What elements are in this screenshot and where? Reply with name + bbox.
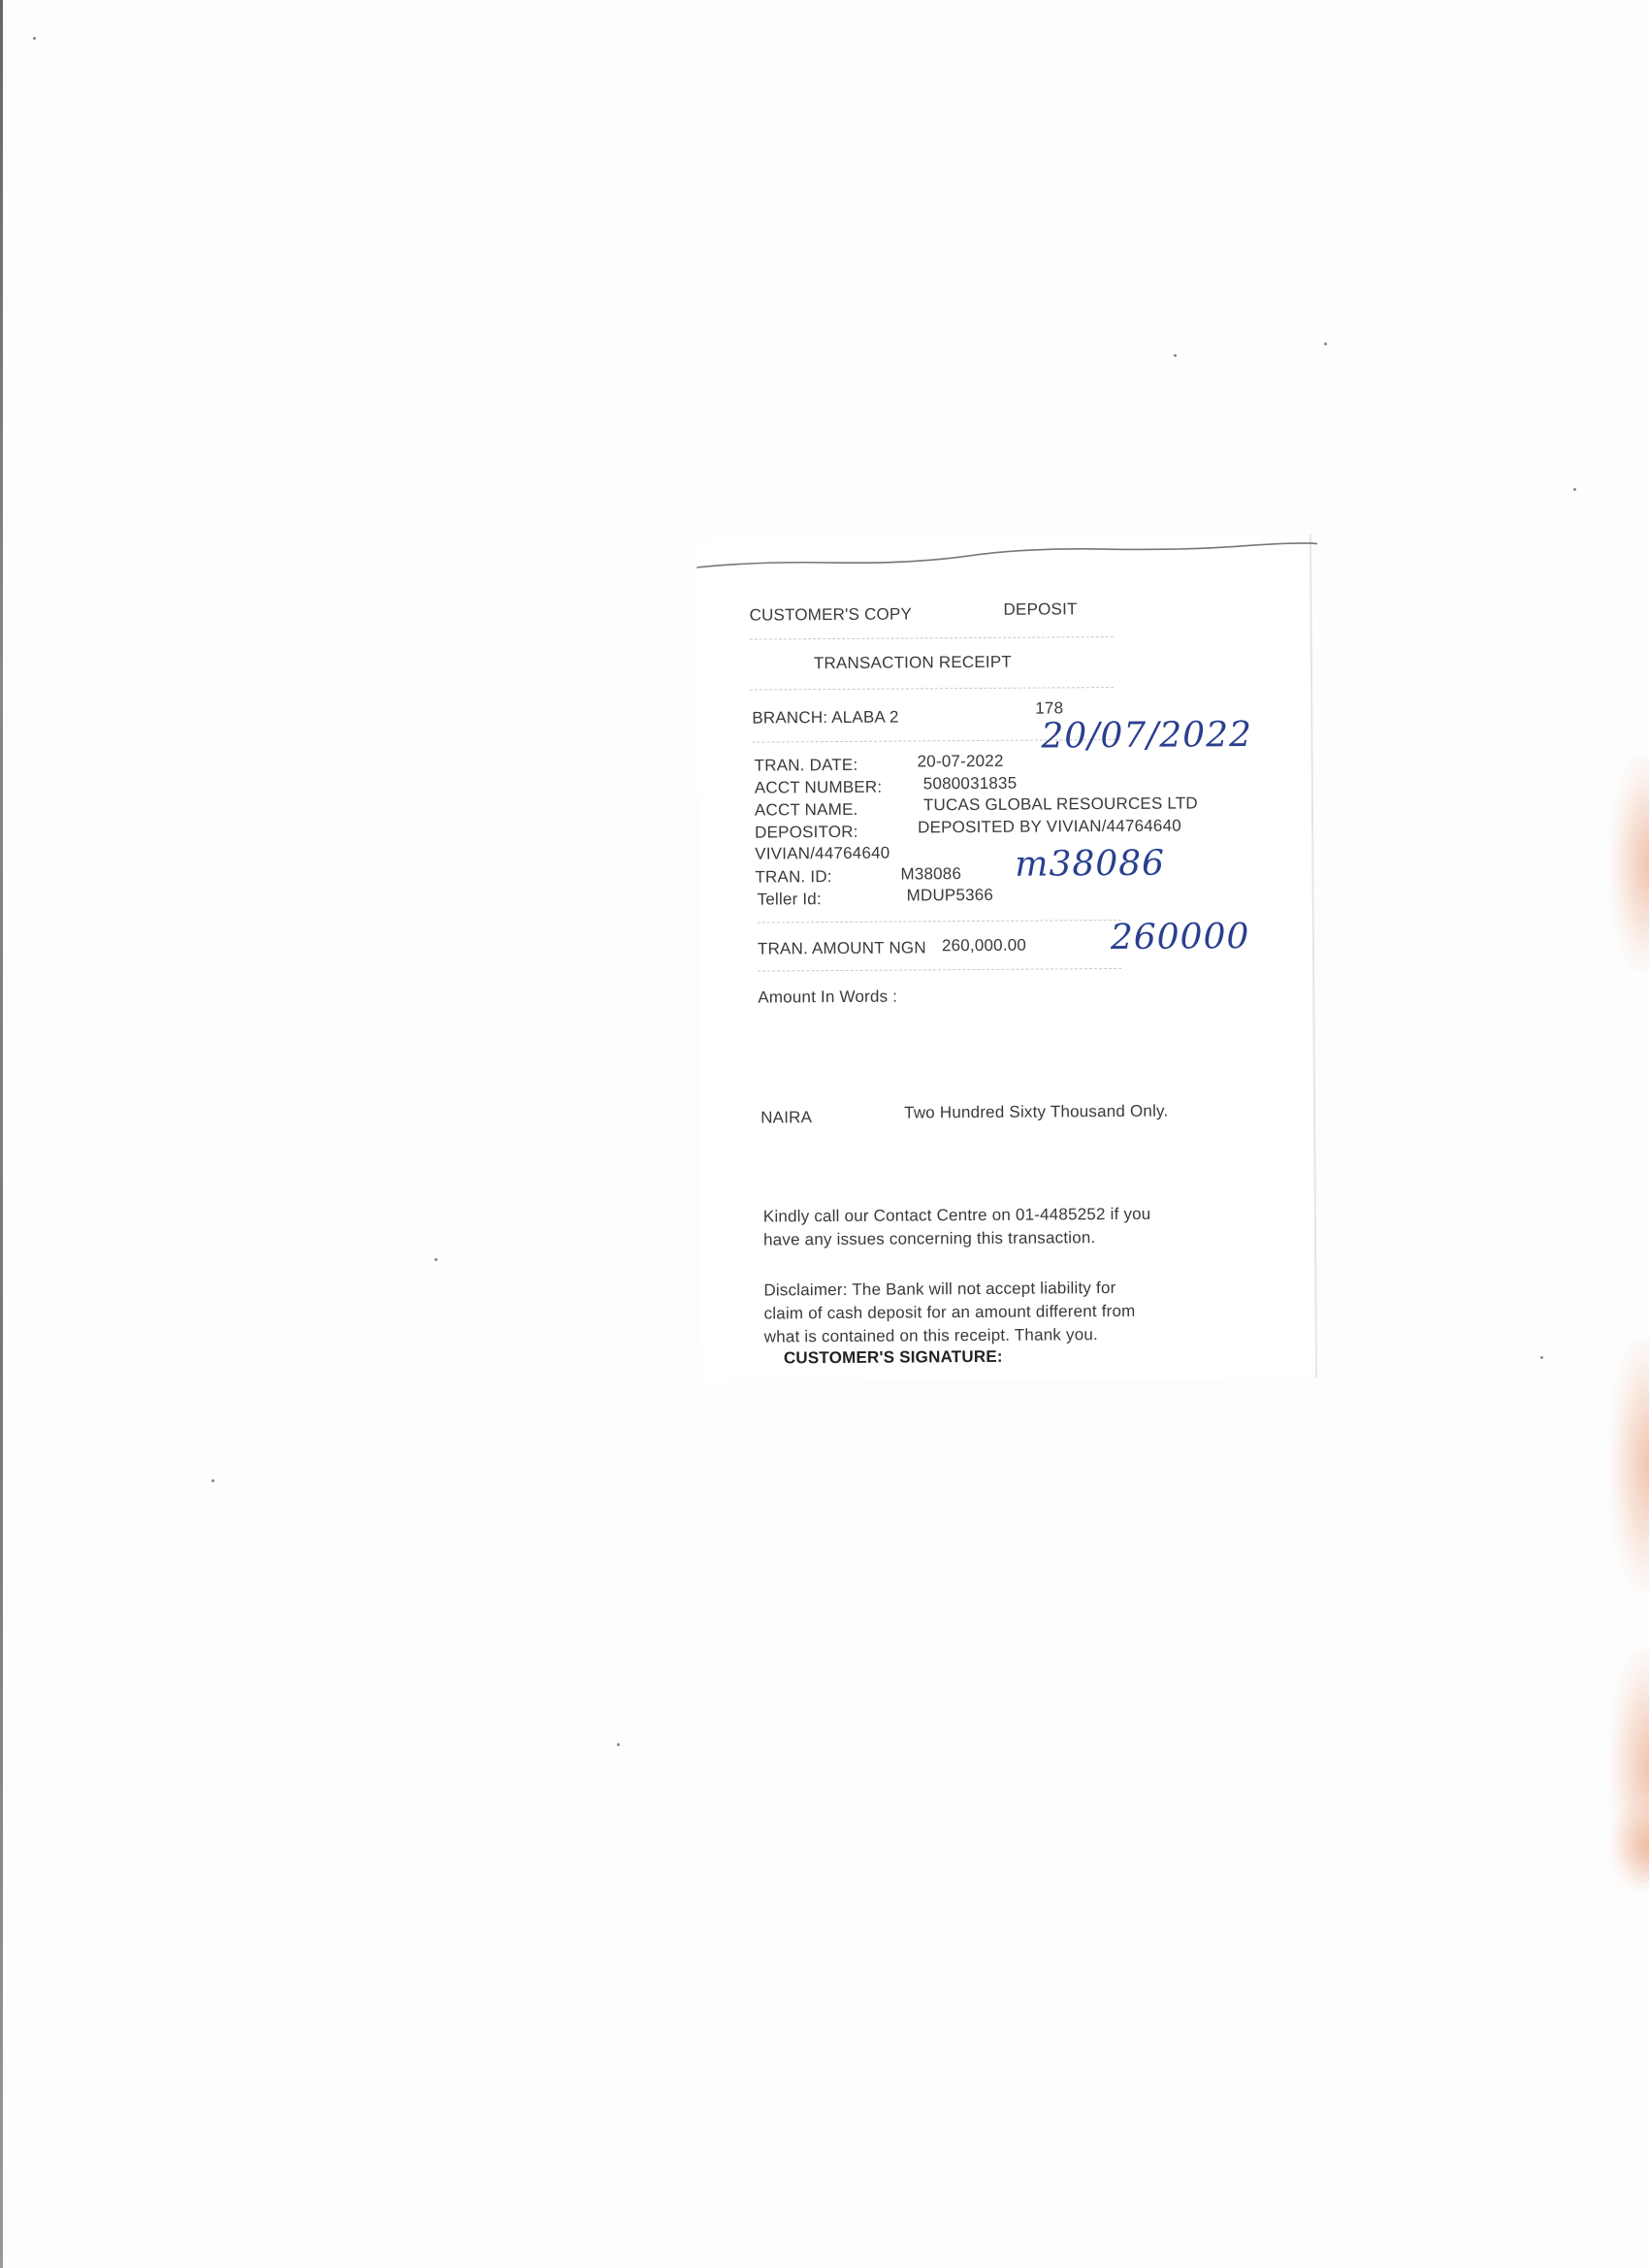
teller-id-label: Teller Id: bbox=[758, 890, 822, 909]
paper-stain bbox=[1610, 757, 1649, 970]
scan-speck bbox=[617, 1743, 620, 1746]
deposit-receipt: CUSTOMER'S COPY DEPOSIT TRANSACTION RECE… bbox=[696, 535, 1317, 1382]
handwritten-tran-id: m38086 bbox=[1015, 844, 1165, 885]
paper-stain bbox=[1610, 1339, 1649, 1591]
amount-label: TRAN. AMOUNT NGN bbox=[758, 938, 926, 958]
acct-number-value: 5080031835 bbox=[923, 774, 1018, 794]
disclaimer-line2: claim of cash deposit for an amount diff… bbox=[764, 1302, 1136, 1324]
contact-note-line2: have any issues concerning this transact… bbox=[763, 1228, 1096, 1249]
divider bbox=[758, 968, 1121, 972]
amount-value: 260,000.00 bbox=[942, 936, 1026, 956]
depositor-value: DEPOSITED BY VIVIAN/44764640 bbox=[918, 817, 1181, 838]
scan-speck bbox=[1324, 342, 1327, 345]
tran-id-value: M38086 bbox=[900, 864, 961, 884]
scan-left-edge bbox=[0, 0, 3, 2268]
tran-id-label: TRAN. ID: bbox=[755, 867, 831, 888]
torn-edge bbox=[696, 535, 1317, 577]
disclaimer-line3: what is contained on this receipt. Thank… bbox=[764, 1325, 1098, 1346]
receipt-title: TRANSACTION RECEIPT bbox=[814, 653, 1012, 673]
acct-number-label: ACCT NUMBER: bbox=[755, 778, 883, 798]
tran-date-value: 20-07-2022 bbox=[918, 752, 1004, 772]
scan-speck bbox=[1174, 354, 1177, 357]
divider bbox=[750, 636, 1114, 640]
contact-note-line1: Kindly call our Contact Centre on 01-448… bbox=[763, 1205, 1151, 1227]
branch-label: BRANCH: ALABA 2 bbox=[752, 708, 898, 729]
amount-in-words-label: Amount In Words : bbox=[758, 988, 897, 1008]
scan-speck bbox=[211, 1479, 214, 1482]
disclaimer-line1: Disclaimer: The Bank will not accept lia… bbox=[763, 1279, 1115, 1301]
acct-name-label: ACCT NAME. bbox=[755, 800, 858, 821]
amount-in-words: Two Hundred Sixty Thousand Only. bbox=[904, 1102, 1168, 1123]
handwritten-date: 20/07/2022 bbox=[1041, 715, 1252, 757]
depositor-continuation: VIVIAN/44764640 bbox=[755, 844, 889, 864]
signature-label: CUSTOMER'S SIGNATURE: bbox=[784, 1347, 1003, 1369]
copy-label: CUSTOMER'S COPY bbox=[749, 604, 912, 625]
divider bbox=[758, 920, 1121, 923]
tran-date-label: TRAN. DATE: bbox=[755, 756, 858, 776]
scan-speck bbox=[435, 1258, 437, 1261]
scan-speck bbox=[1573, 488, 1576, 491]
teller-id-value: MDUP5366 bbox=[907, 886, 994, 906]
scan-speck bbox=[1540, 1356, 1543, 1359]
transaction-type: DEPOSIT bbox=[1003, 599, 1077, 620]
scan-speck bbox=[33, 37, 36, 40]
paper-stain bbox=[1610, 1804, 1649, 1892]
depositor-label: DEPOSITOR: bbox=[755, 823, 858, 843]
handwritten-amount: 260000 bbox=[1111, 917, 1250, 957]
currency-word: NAIRA bbox=[760, 1108, 812, 1127]
acct-name-value: TUCAS GLOBAL RESOURCES LTD bbox=[923, 794, 1198, 815]
divider bbox=[750, 687, 1114, 691]
